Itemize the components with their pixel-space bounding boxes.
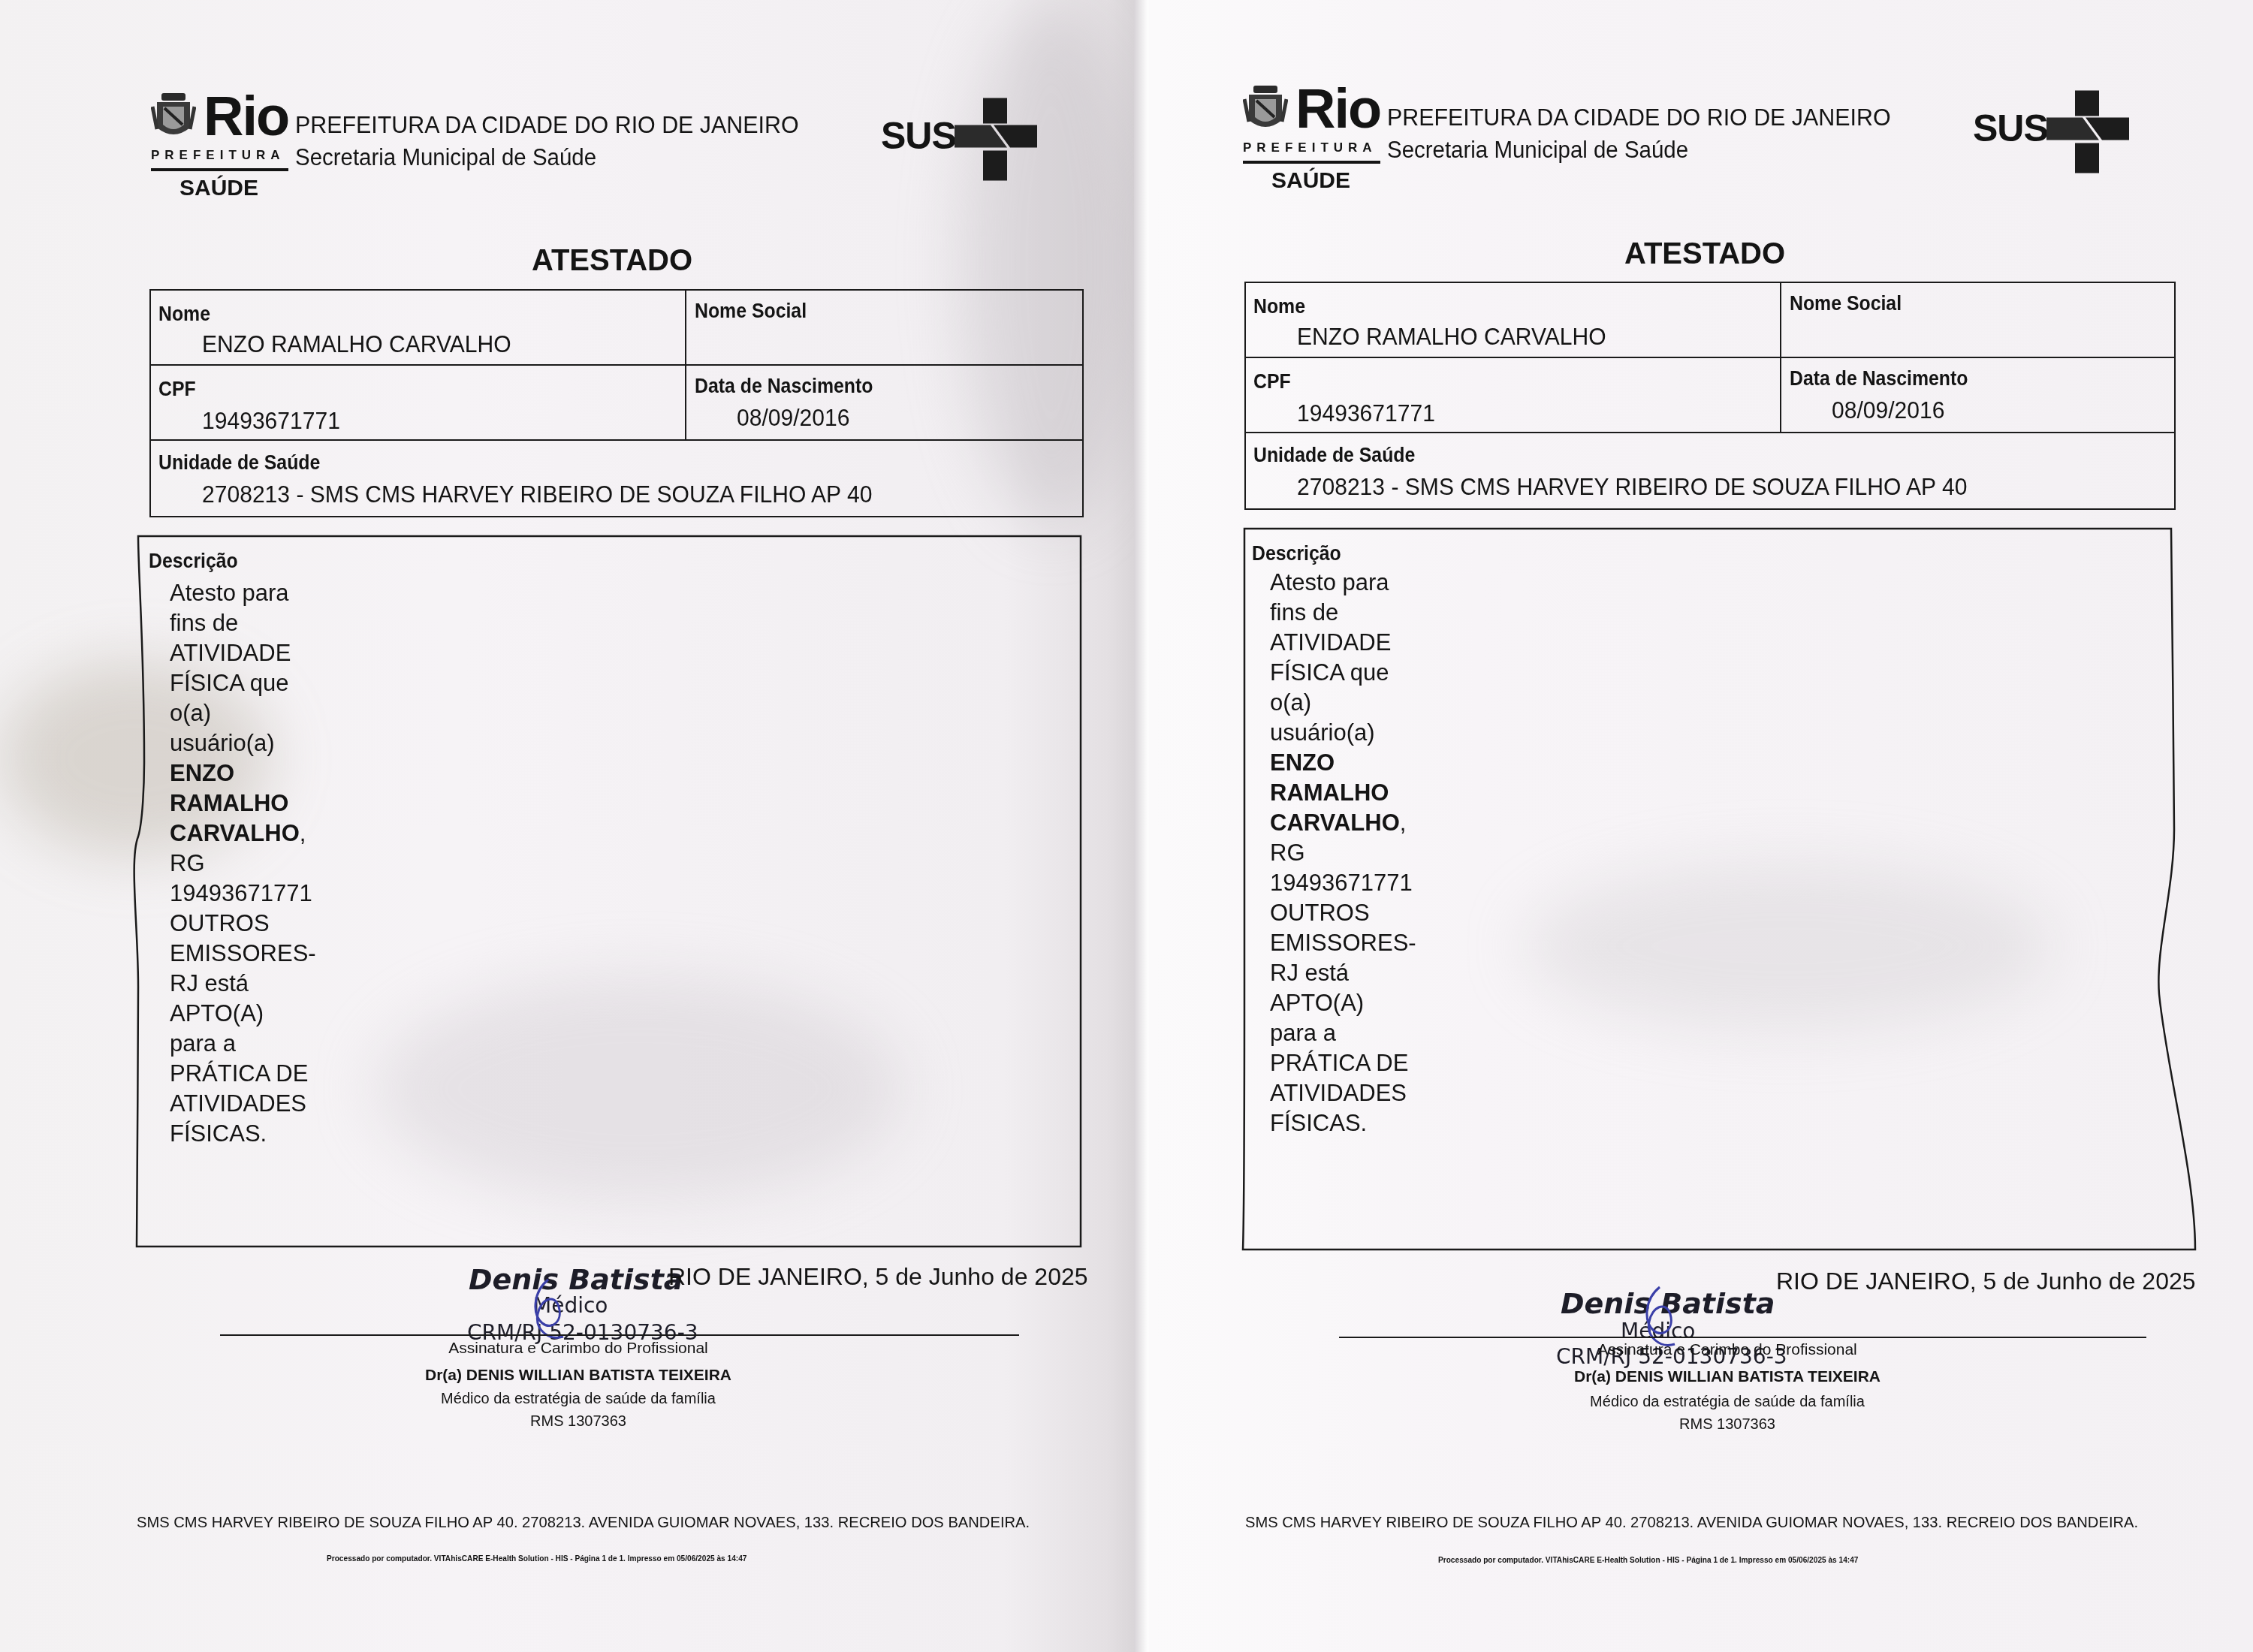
nome-social-label: Nome Social [1790, 292, 1902, 315]
sus-cross-icon [2046, 89, 2129, 175]
logo-saude: SAÚDE [1271, 168, 1350, 194]
descricao-text-3: PRÁTICA DE ATIVIDADES FÍSICAS. [1270, 1050, 1408, 1136]
header-subtitle: Secretaria Municipal de Saúde [1387, 137, 1688, 164]
nascimento-value: 08/09/2016 [1832, 397, 1945, 424]
patient-info-table: Nome ENZO RAMALHO CARVALHO Nome Social C… [1244, 282, 2176, 510]
cpf-label: CPF [1253, 370, 1291, 393]
doctor-rms: RMS 1307363 [1570, 1416, 1885, 1433]
signature-caption: Assinatura e Carimbo do Profissional [1570, 1341, 1885, 1359]
sus-logo-text: SUS [1973, 107, 2048, 150]
cpf-value: 19493671771 [1297, 400, 1435, 427]
descricao-text-1: Atesto para fins de ATIVIDADE FÍSICA que… [1270, 569, 1391, 746]
doctor-role: Médico da estratégia de saúde da família [1570, 1394, 1885, 1411]
descricao-text-2: , RG 19493671771 OUTROS EMISSORES-RJ est… [1270, 809, 1416, 1046]
descricao-name-2: CARVALHO [1270, 809, 1400, 836]
unidade-value: 2708213 - SMS CMS HARVEY RIBEIRO DE SOUZ… [1297, 474, 1967, 501]
descricao-name-1: ENZO RAMALHO [1270, 749, 1389, 806]
footer-address: SMS CMS HARVEY RIBEIRO DE SOUZA FILHO AP… [1245, 1514, 2138, 1532]
doctor-name: Dr(a) DENIS WILLIAN BATISTA TEIXEIRA [1570, 1368, 1885, 1386]
descricao-text: Atesto para fins de ATIVIDADE FÍSICA que… [1270, 568, 1416, 1138]
logo-prefeitura: PREFEITURA [1243, 140, 1377, 155]
document-title: ATESTADO [1592, 237, 1817, 271]
signature-line [1339, 1337, 2146, 1338]
table-divider [1246, 432, 2174, 433]
rio-coat-of-arms-icon [1243, 84, 1288, 137]
header-title: PREFEITURA DA CIDADE DO RIO DE JANEIRO [1387, 104, 1891, 131]
table-divider [1246, 357, 2174, 358]
logo-rio: Rio [1295, 81, 1380, 137]
table-divider [1780, 283, 1781, 433]
logo-divider [1243, 161, 1380, 164]
nome-value: ENZO RAMALHO CARVALHO [1297, 324, 1606, 351]
descricao-label: Descrição [1252, 542, 1341, 565]
city-date: RIO DE JANEIRO, 5 de Junho de 2025 [1776, 1268, 2196, 1295]
document-copy-right: Rio PREFEITURA SAÚDE PREFEITURA DA CIDAD… [0, 0, 2253, 1652]
nascimento-label: Data de Nascimento [1790, 367, 1968, 390]
nome-label: Nome [1253, 295, 1305, 318]
unidade-label: Unidade de Saúde [1253, 444, 1415, 467]
footer-processed: Processado por computador. VITAhisCARE E… [1438, 1556, 1858, 1565]
